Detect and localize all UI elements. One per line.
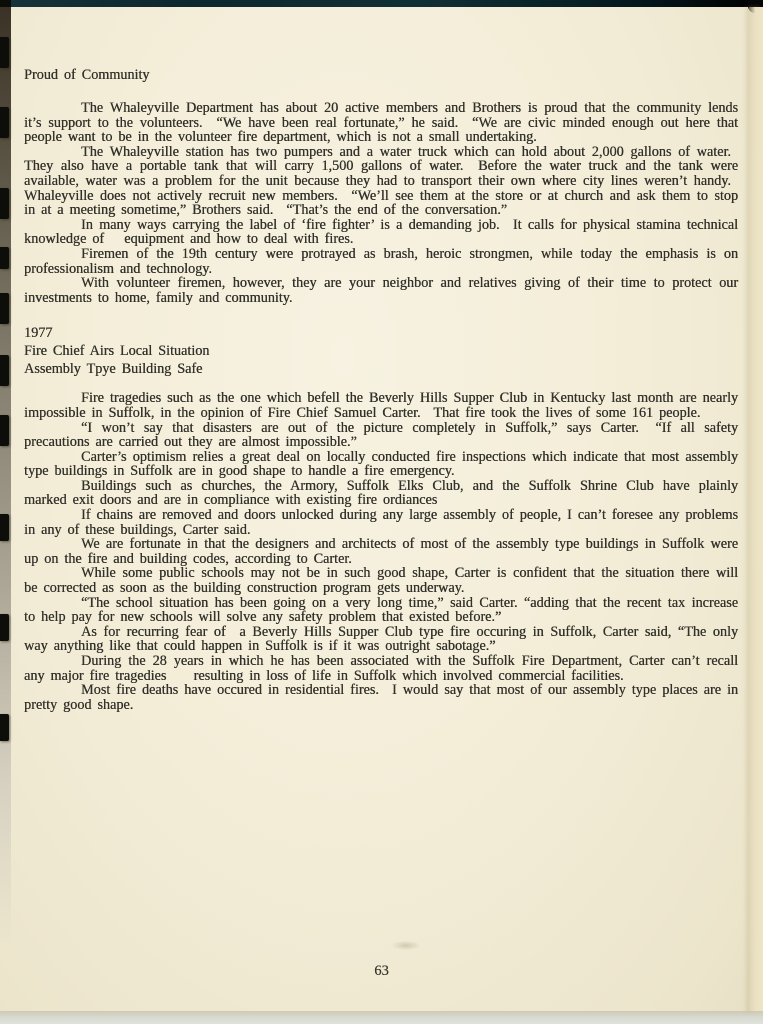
binding-mark bbox=[0, 293, 9, 324]
section-paragraphs: Fire tragedies such as the one which bef… bbox=[24, 391, 738, 712]
article-section-fire-chief-1977: 1977Fire Chief Airs Local SituationAssem… bbox=[24, 324, 738, 712]
paragraph: “The school situation has been going on … bbox=[24, 596, 738, 625]
scan-edge-bottom bbox=[0, 1011, 763, 1024]
paragraph: Firemen of the 19th century were protray… bbox=[24, 247, 738, 276]
section-heading-line: Proud of Community bbox=[24, 66, 738, 84]
article-section-proud-of-community: Proud of Community The Whaleyville Depar… bbox=[24, 66, 738, 305]
paragraph: Fire tragedies such as the one which bef… bbox=[24, 391, 738, 420]
binding-mark bbox=[0, 614, 9, 641]
binding-mark bbox=[0, 714, 9, 741]
section-heading-line: 1977 bbox=[24, 324, 738, 342]
paragraph: If chains are removed and doors unlocked… bbox=[24, 508, 738, 537]
binding-edge bbox=[0, 7, 11, 947]
paragraph: “I won’t say that disasters are out of t… bbox=[24, 421, 738, 450]
section-heading-line: Fire Chief Airs Local Situation bbox=[24, 342, 738, 360]
paragraph: In many ways carrying the label of ‘fire… bbox=[24, 218, 738, 247]
scan-smudge bbox=[392, 941, 420, 950]
scanned-book-page: Proud of Community The Whaleyville Depar… bbox=[0, 0, 763, 1024]
paragraph: We are fortunate in that the designers a… bbox=[24, 537, 738, 566]
binding-mark bbox=[0, 355, 9, 386]
paragraph: While some public schools may not be in … bbox=[24, 566, 738, 595]
paragraph: The Whaleyville Department has about 20 … bbox=[24, 101, 738, 145]
paragraph: Buildings such as churches, the Armory, … bbox=[24, 479, 738, 508]
binding-mark bbox=[0, 415, 9, 446]
paragraph: With volunteer firemen, however, they ar… bbox=[24, 276, 738, 305]
binding-mark bbox=[0, 247, 9, 269]
paragraph: As for recurring fear of a Beverly Hills… bbox=[24, 625, 738, 654]
binding-mark bbox=[0, 107, 9, 138]
section-heading: 1977Fire Chief Airs Local SituationAssem… bbox=[24, 324, 738, 378]
paragraph: Carter’s optimism relies a great deal on… bbox=[24, 450, 738, 479]
section-heading-line: Assembly Tpye Building Safe bbox=[24, 360, 738, 378]
page-content: Proud of Community The Whaleyville Depar… bbox=[24, 66, 738, 712]
scan-edge-right bbox=[749, 7, 763, 1017]
paragraph: Most fire deaths have occured in residen… bbox=[24, 683, 738, 712]
binding-mark bbox=[0, 188, 9, 219]
scan-edge-top bbox=[0, 0, 763, 7]
paragraph: The Whaleyville station has two pumpers … bbox=[24, 145, 738, 218]
binding-mark bbox=[0, 37, 9, 68]
page-number: 63 bbox=[0, 963, 763, 980]
paragraph: During the 28 years in which he has been… bbox=[24, 654, 738, 683]
section-paragraphs: The Whaleyville Department has about 20 … bbox=[24, 101, 738, 305]
binding-mark bbox=[0, 514, 9, 541]
section-heading: Proud of Community bbox=[24, 66, 738, 84]
